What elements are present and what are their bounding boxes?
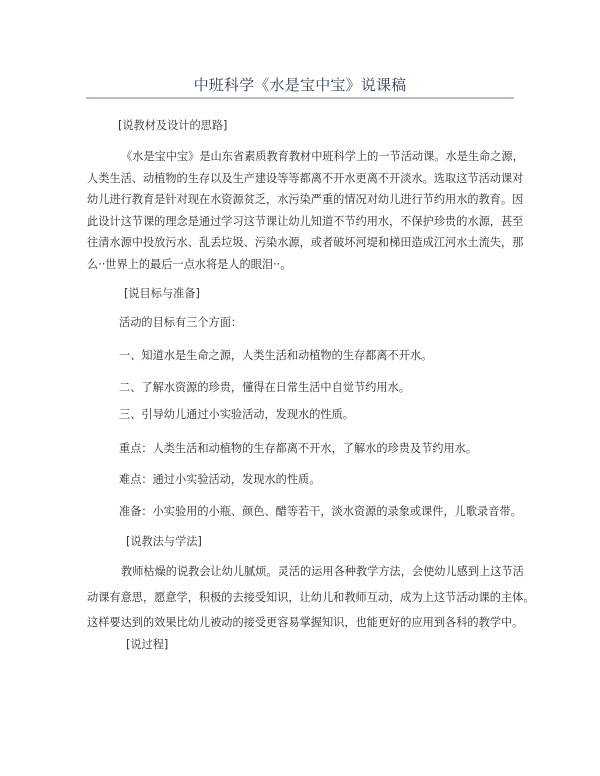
section-paragraph-textbook: 《水是宝中宝》是山东省素质教育教材中班科学上的一节活动课。水是生命之源， 人类生…	[87, 146, 515, 275]
paragraph-line: 《水是宝中宝》是山东省素质教育教材中班科学上的一节活动课。水是生命之源，	[87, 146, 515, 168]
paragraph-line: 幼儿进行教育是针对现在水资源贫乏，水污染严重的情况对幼儿进行节约用水的教育。因	[87, 189, 515, 211]
paragraph-line: 么··世界上的最后一点水将是人的眼泪··。	[87, 254, 515, 276]
goal-item-1: 一、知道水是生命之源，人类生活和动植物的生存都离不开水。	[119, 345, 432, 366]
paragraph-line: 往清水源中投放污水、乱丢垃圾、污染水源，或者破坏河堤和梯田造成江河水土流失，那	[87, 232, 515, 254]
goal-item-2: 二、了解水资源的珍贵，懂得在日常生活中自觉节约用水。	[119, 377, 410, 398]
paragraph-line: 教师枯燥的说教会让幼儿腻烦。灵活的运用各种教学方法，会使幼儿感到上这节活	[87, 561, 515, 583]
section-heading-textbook: [说教材及设计的思路]	[118, 117, 227, 133]
section-heading-methods: [说教法与学法]	[126, 533, 202, 549]
paragraph-line: 这样要达到的效果比幼儿被动的接受更容易掌握知识，也能更好的应用到各科的教学中。	[87, 612, 515, 634]
goals-intro: 活动的目标有三个方面：	[119, 312, 242, 333]
section-heading-process: [说过程]	[126, 636, 168, 652]
document-title: 中班科学《水是宝中宝》说课稿	[0, 74, 600, 95]
key-point: 重点：人类生活和动植物的生存都离不开水，了解水的珍贵及节约用水。	[119, 438, 477, 459]
document-page: 中班科学《水是宝中宝》说课稿 [说教材及设计的思路] 《水是宝中宝》是山东省素质…	[0, 0, 600, 776]
section-heading-goals: [说目标与准备]	[124, 285, 200, 301]
preparation: 准备：小实验用的小瓶、颜色、醋等若干，淡水资源的录象或课件，儿歌录音带。	[119, 501, 522, 522]
section-paragraph-methods: 教师枯燥的说教会让幼儿腻烦。灵活的运用各种教学方法，会使幼儿感到上这节活 动课有…	[87, 561, 515, 634]
paragraph-line: 此设计这节课的理念是通过学习这节课让幼儿知道不节约用水，不保护珍贵的水源，甚至	[87, 211, 515, 233]
difficult-point: 难点：通过小实验活动，发现水的性质。	[119, 469, 320, 490]
title-divider	[86, 97, 514, 99]
paragraph-line: 人类生活、动植物的生存以及生产建设等等都离不开水更离不开淡水。选取这节活动课对	[87, 168, 515, 190]
goal-item-3: 三、引导幼儿通过小实验活动，发现水的性质。	[119, 404, 354, 425]
paragraph-line: 动课有意思，愿意学，积极的去接受知识，让幼儿和教师互动，成为上这节活动课的主体。	[87, 587, 515, 609]
